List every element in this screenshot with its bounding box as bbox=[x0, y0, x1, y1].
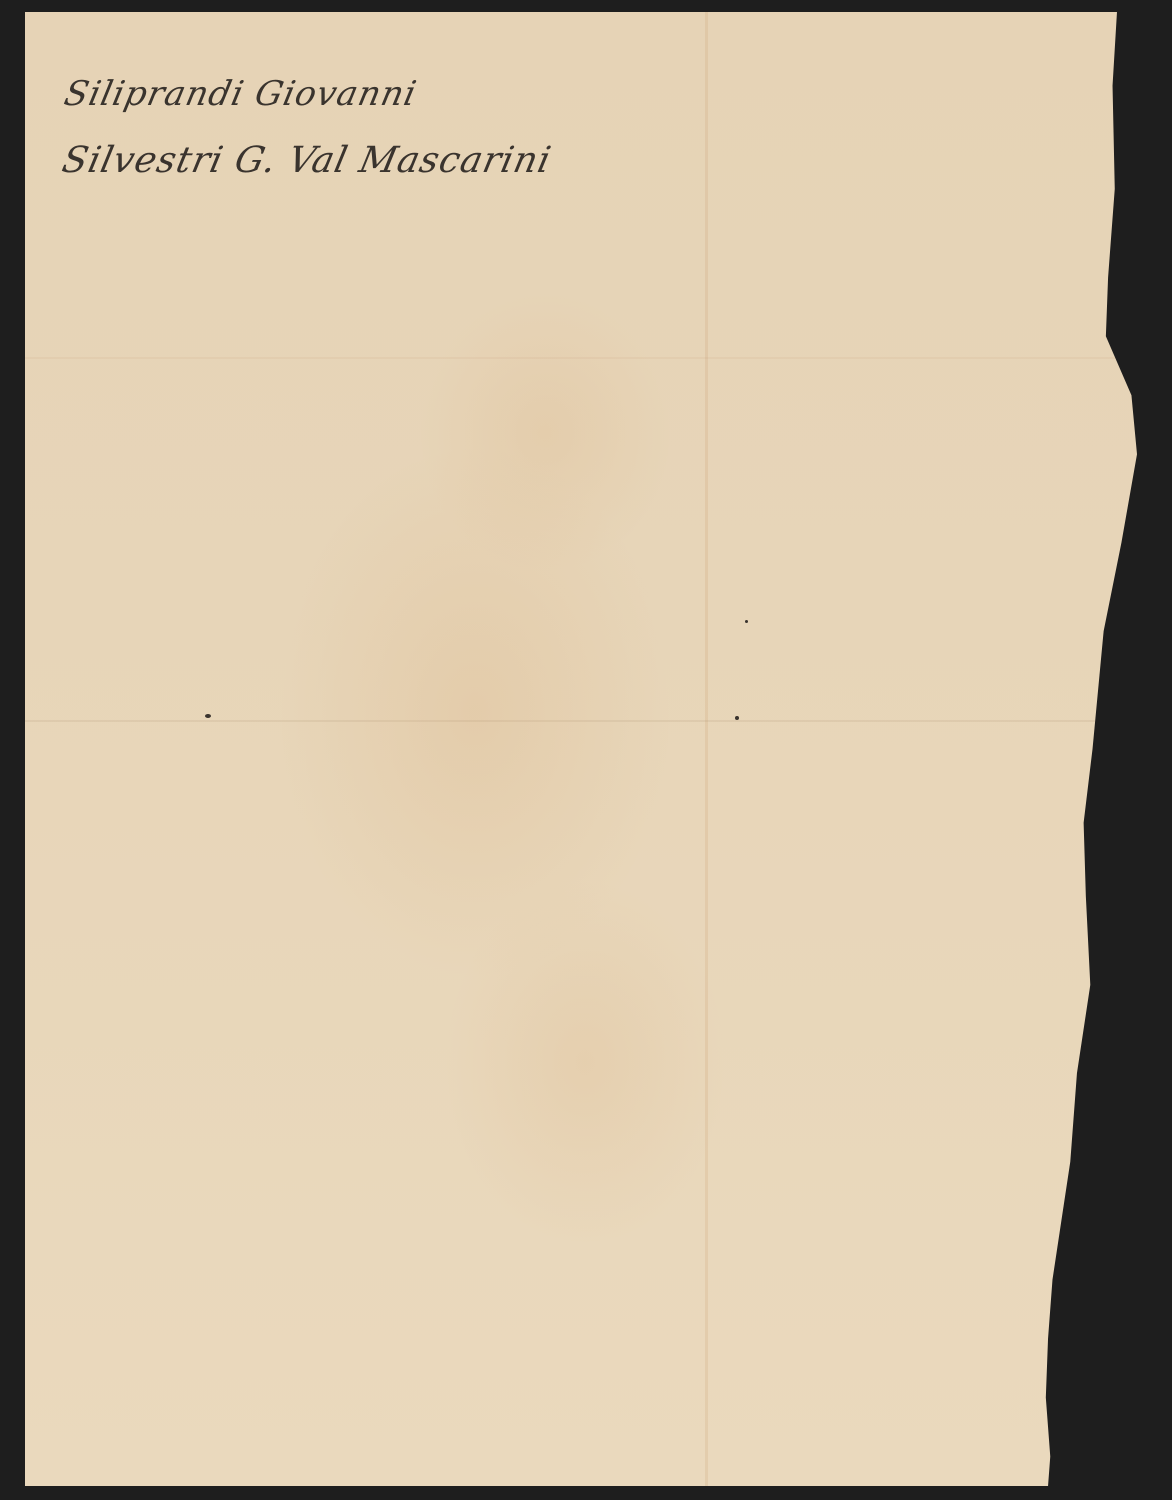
handwritten-line-1: Siliprandi Giovanni bbox=[61, 74, 421, 114]
handwritten-line-2: Silvestri G. Val Mascarini bbox=[59, 140, 555, 181]
ink-spot bbox=[745, 620, 748, 623]
ink-spot bbox=[735, 716, 739, 720]
paper-sheet: Siliprandi Giovanni Silvestri G. Val Mas… bbox=[25, 12, 1137, 1486]
ink-spot bbox=[205, 714, 211, 718]
horizontal-fold-crease bbox=[25, 720, 1137, 722]
vertical-fold-crease bbox=[705, 12, 708, 1486]
upper-fold-crease bbox=[25, 357, 1137, 359]
